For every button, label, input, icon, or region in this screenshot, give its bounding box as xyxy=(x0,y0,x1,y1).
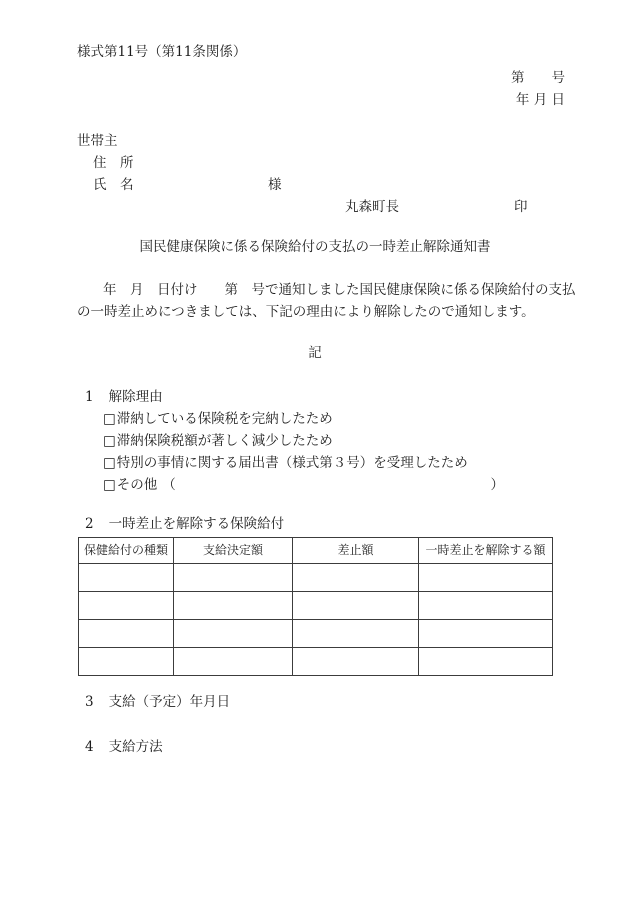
table-cell xyxy=(293,648,419,676)
section-3-heading: 3支給（予定）年月日 xyxy=(85,695,230,711)
name-row: 氏 名 xyxy=(93,178,134,194)
section-2-number: 2 xyxy=(85,517,94,533)
section-2-heading: 2一時差止を解除する保険給付 xyxy=(85,517,284,533)
col-benefit-type: 保健給付の種類 xyxy=(79,538,174,564)
honorific-label: 様 xyxy=(268,178,282,194)
table-cell xyxy=(293,592,419,620)
reason-item-2: □滞納保険税額が著しく減少したため xyxy=(103,434,333,450)
table-cell xyxy=(174,592,293,620)
body-line-1: 年 月 日付け 第 号で通知しました国民健康保険に係る保険給付の支払 xyxy=(77,283,576,299)
table-cell xyxy=(79,592,174,620)
table-body xyxy=(79,564,553,676)
name-label: 氏 名 xyxy=(93,177,134,193)
document-title: 国民健康保険に係る保険給付の支払の一時差止解除通知書 xyxy=(0,240,630,256)
section-3-number: 3 xyxy=(85,695,94,711)
table-cell xyxy=(419,620,553,648)
section-4-number: 4 xyxy=(85,740,94,756)
reason-item-3-label: 特別の事情に関する届出書（様式第３号）を受理したため xyxy=(117,455,468,471)
section-2-title: 一時差止を解除する保険給付 xyxy=(109,517,285,533)
address-label: 住 所 xyxy=(93,156,134,172)
section-1-heading: 1解除理由 xyxy=(85,390,163,406)
close-paren: ） xyxy=(491,478,505,494)
release-benefits-table: 保健給付の種類 支給決定額 差止額 一時差止を解除する額 xyxy=(78,537,553,676)
table-cell xyxy=(79,648,174,676)
table-cell xyxy=(174,648,293,676)
table-row xyxy=(79,564,553,592)
checkbox-icon: □ xyxy=(103,434,116,450)
ki-marker: 記 xyxy=(0,346,630,362)
body-line-2: の一時差止めにつきましては、下記の理由により解除したので通知します。 xyxy=(77,305,535,321)
table-row xyxy=(79,592,553,620)
section-4-heading: 4支給方法 xyxy=(85,740,163,756)
table-cell xyxy=(293,620,419,648)
table-cell xyxy=(174,620,293,648)
reason-other-label: その他 xyxy=(117,477,158,493)
open-paren: （ xyxy=(162,477,176,493)
checkbox-icon: □ xyxy=(103,412,116,428)
reason-item-2-label: 滞納保険税額が著しく減少したため xyxy=(117,433,333,449)
form-id: 様式第11号（第11条関係） xyxy=(77,45,246,61)
reason-item-1: □滞納している保険税を完納したため xyxy=(103,412,333,428)
table-header-row: 保健給付の種類 支給決定額 差止額 一時差止を解除する額 xyxy=(79,538,553,564)
col-withheld-amount: 差止額 xyxy=(293,538,419,564)
table-cell xyxy=(293,564,419,592)
table-cell xyxy=(419,648,553,676)
col-released-amount: 一時差止を解除する額 xyxy=(419,538,553,564)
table-row xyxy=(79,648,553,676)
reason-item-1-label: 滞納している保険税を完納したため xyxy=(117,411,333,427)
benefits-table-wrap: 保健給付の種類 支給決定額 差止額 一時差止を解除する額 xyxy=(78,537,553,676)
table-cell xyxy=(79,620,174,648)
table-cell xyxy=(174,564,293,592)
section-4-title: 支給方法 xyxy=(109,740,163,756)
reason-item-other: □その他（ ） xyxy=(103,478,504,494)
mayor-name: 丸森町長 xyxy=(345,200,399,216)
table-cell xyxy=(79,564,174,592)
seal-mark: 印 xyxy=(514,200,528,216)
date-line: 年 月 日 xyxy=(516,93,565,109)
household-head-label: 世帯主 xyxy=(77,134,118,150)
table-cell xyxy=(419,564,553,592)
section-3-title: 支給（予定）年月日 xyxy=(109,695,231,711)
table-row xyxy=(79,620,553,648)
section-1-title: 解除理由 xyxy=(109,390,163,406)
col-decided-amount: 支給決定額 xyxy=(174,538,293,564)
doc-number-line: 第 号 xyxy=(511,71,565,87)
checkbox-icon: □ xyxy=(103,478,116,494)
document-page: 様式第11号（第11条関係） 第 号 年 月 日 世帯主 住 所 氏 名 様 丸… xyxy=(0,0,630,903)
section-1-number: 1 xyxy=(85,390,94,406)
checkbox-icon: □ xyxy=(103,456,116,472)
table-cell xyxy=(419,592,553,620)
reason-item-3: □特別の事情に関する届出書（様式第３号）を受理したため xyxy=(103,456,468,472)
